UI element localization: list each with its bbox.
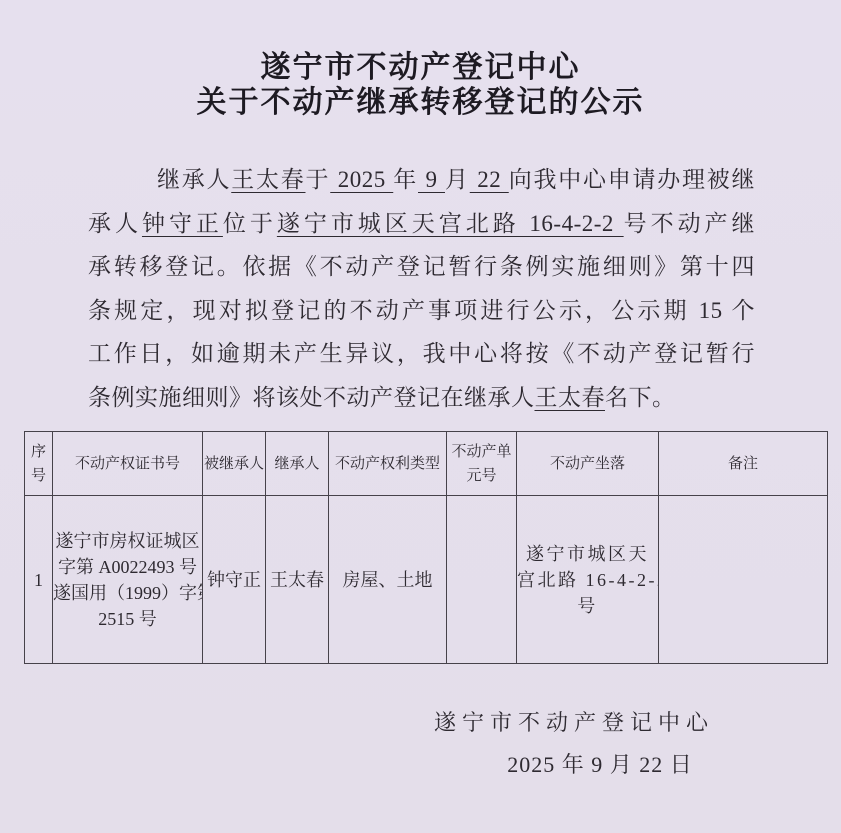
underlined-text: 王太春 — [535, 385, 606, 410]
underlined-text: 22 — [470, 167, 509, 192]
col-header-seq: 序 号 — [25, 432, 53, 496]
signature-org: 遂宁市不动产登记中心 — [428, 708, 720, 738]
underlined-text: 王太春 — [231, 167, 305, 192]
table-header-row: 序 号 不动产权证书号 被继承人 继承人 不动产权利类型 不动产单 元号 不动产… — [25, 432, 828, 496]
text-segment: 名下。 — [605, 385, 676, 410]
signature-date: 2025 年 9 月 22 日 — [455, 750, 745, 780]
text-segment: 条规定，现对拟登记的不动产事项进行公示，公示期 15 个 — [88, 298, 755, 323]
text-segment: 位于 — [223, 211, 277, 236]
underlined-text: 2025 — [330, 167, 393, 192]
text-segment: 向我中心申请办理被继 — [509, 167, 755, 192]
cell-seq: 1 — [25, 496, 53, 664]
col-header-heir: 继承人 — [266, 432, 329, 496]
text-segment: 号不动产继 — [624, 211, 755, 236]
underlined-text: 9 — [418, 167, 445, 192]
notice-paragraph: 继承人王太春于 2025 年 9 月 22 向我中心申请办理被继承人钟守正位于遂… — [88, 158, 755, 420]
text-segment: 继承人 — [157, 167, 231, 192]
cell-remark — [659, 496, 828, 664]
col-header-remark: 备注 — [659, 432, 828, 496]
col-header-decedent: 被继承人 — [203, 432, 266, 496]
col-header-right-type: 不动产权利类型 — [329, 432, 447, 496]
doc-title-line1: 遂宁市不动产登记中心 — [0, 50, 841, 85]
table-row: 1 遂宁市房权证城区 字第 A0022493 号 遂国用（1999）字第 251… — [25, 496, 828, 664]
doc-title: 遂宁市不动产登记中心 关于不动产继承转移登记的公示 — [0, 50, 841, 120]
document-page: 遂宁市不动产登记中心 关于不动产继承转移登记的公示 继承人王太春于 2025 年… — [0, 0, 841, 833]
cell-location: 遂宁市城区天 宫北路 16-4-2-2 号 — [517, 496, 659, 664]
doc-title-line2: 关于不动产继承转移登记的公示 — [0, 85, 841, 120]
notice-line: 条规定，现对拟登记的不动产事项进行公示，公示期 15 个 — [88, 289, 755, 333]
text-segment: 年 — [393, 167, 418, 192]
underlined-text: 遂宁市城区天宫北路 16-4-2-2 — [277, 211, 624, 236]
underlined-text: 钟守正 — [142, 211, 223, 236]
cell-decedent: 钟守正 — [203, 496, 266, 664]
text-segment: 于 — [306, 167, 331, 192]
cell-cert-number: 遂宁市房权证城区 字第 A0022493 号 遂国用（1999）字第 2515 … — [53, 496, 203, 664]
notice-line: 承人钟守正位于遂宁市城区天宫北路 16-4-2-2 号不动产继 — [88, 202, 755, 246]
cell-heir: 王太春 — [266, 496, 329, 664]
col-header-location: 不动产坐落 — [517, 432, 659, 496]
text-segment: 月 — [445, 167, 470, 192]
text-segment: 条例实施细则》将该处不动产登记在继承人 — [88, 385, 535, 410]
registration-table: 序 号 不动产权证书号 被继承人 继承人 不动产权利类型 不动产单 元号 不动产… — [24, 431, 828, 664]
cell-unit-number — [447, 496, 517, 664]
notice-line: 继承人王太春于 2025 年 9 月 22 向我中心申请办理被继 — [88, 158, 755, 202]
col-header-unit-number: 不动产单 元号 — [447, 432, 517, 496]
text-segment: 工作日，如逾期未产生异议，我中心将按《不动产登记暂行 — [88, 341, 755, 366]
text-segment: 承人 — [88, 211, 142, 236]
notice-line: 工作日，如逾期未产生异议，我中心将按《不动产登记暂行 — [88, 332, 755, 376]
col-header-cert-number: 不动产权证书号 — [53, 432, 203, 496]
cell-right-type: 房屋、土地 — [329, 496, 447, 664]
text-segment: 承转移登记。依据《不动产登记暂行条例实施细则》第十四 — [88, 254, 755, 279]
notice-line: 承转移登记。依据《不动产登记暂行条例实施细则》第十四 — [88, 245, 755, 289]
notice-line: 条例实施细则》将该处不动产登记在继承人王太春名下。 — [88, 376, 755, 420]
